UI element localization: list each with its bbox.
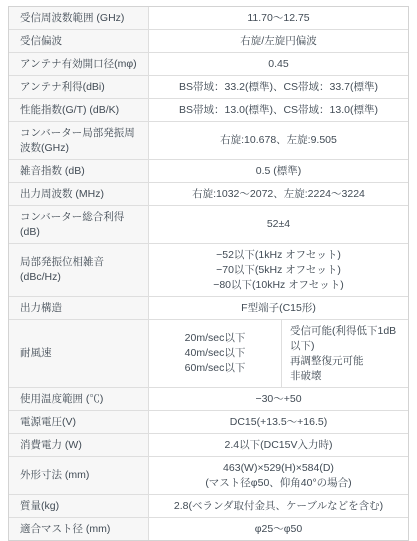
spec-label: 使用温度範囲 (℃) bbox=[9, 388, 149, 410]
spec-value: F型端子(C15形) bbox=[149, 297, 408, 319]
table-row: アンテナ有効開口径(mφ)0.45 bbox=[9, 53, 408, 76]
table-row: 雑音指数 (dB)0.5 (標準) bbox=[9, 160, 408, 183]
table-row: コンバーター総合利得(dB)52±4 bbox=[9, 206, 408, 244]
spec-value: 右旋:1032～2072、左旋:2224～3224 bbox=[149, 183, 408, 205]
spec-value: 2.8(ベランダ取付金具、ケーブルなどを含む) bbox=[149, 495, 408, 517]
spec-label: 質量(kg) bbox=[9, 495, 149, 517]
spec-value-line: (マスト径φ50、仰角40°の場合) bbox=[205, 476, 351, 491]
spec-value-line: 受信可能(利得低下1dB以下) bbox=[290, 324, 403, 354]
spec-label: 性能指数(G/T) (dB/K) bbox=[9, 99, 149, 121]
spec-value: −52以下(1kHz オフセット)−70以下(5kHz オフセット)−80以下(… bbox=[149, 244, 408, 296]
spec-value-line: 再調整復元可能 bbox=[290, 354, 364, 369]
spec-value: BS帯域：33.2(標準)、CS帯域：33.7(標準) bbox=[149, 76, 408, 98]
table-row: 出力構造F型端子(C15形) bbox=[9, 297, 408, 320]
spec-value: 2.4以下(DC15V入力時) bbox=[149, 434, 408, 456]
spec-value: 右旋:10.678、左旋:9.505 bbox=[149, 122, 408, 159]
spec-label: コンバーター局部発振周波数(GHz) bbox=[9, 122, 149, 159]
spec-value-line: 463(W)×529(H)×584(D) bbox=[223, 461, 334, 476]
table-row: 局部発振位相雑音(dBc/Hz)−52以下(1kHz オフセット)−70以下(5… bbox=[9, 244, 408, 297]
spec-value: 463(W)×529(H)×584(D)(マスト径φ50、仰角40°の場合) bbox=[149, 457, 408, 494]
spec-label: 電源電圧(V) bbox=[9, 411, 149, 433]
spec-label: 適合マスト径 (mm) bbox=[9, 518, 149, 540]
spec-table: 受信周波数範囲 (GHz)11.70～12.75受信偏波右旋/左旋円偏波アンテナ… bbox=[8, 6, 409, 541]
table-row: 電源電圧(V)DC15(+13.5～+16.5) bbox=[9, 411, 408, 434]
table-row: アンテナ利得(dBi)BS帯域：33.2(標準)、CS帯域：33.7(標準) bbox=[9, 76, 408, 99]
table-row: 適合マスト径 (mm)φ25～φ50 bbox=[9, 518, 408, 540]
spec-value: 52±4 bbox=[149, 206, 408, 243]
spec-label: アンテナ利得(dBi) bbox=[9, 76, 149, 98]
spec-value: 0.5 (標準) bbox=[149, 160, 408, 182]
spec-value-line: −70以下(5kHz オフセット) bbox=[216, 263, 341, 278]
spec-value-line: 20m/sec以下 bbox=[185, 331, 246, 346]
table-row: 性能指数(G/T) (dB/K)BS帯域：13.0(標準)、CS帯域：13.0(… bbox=[9, 99, 408, 122]
spec-value-condition: 20m/sec以下40m/sec以下60m/sec以下 bbox=[149, 320, 282, 387]
table-row: 外形寸法 (mm)463(W)×529(H)×584(D)(マスト径φ50、仰角… bbox=[9, 457, 408, 495]
spec-label: 消費電力 (W) bbox=[9, 434, 149, 456]
table-row: 消費電力 (W)2.4以下(DC15V入力時) bbox=[9, 434, 408, 457]
spec-value: BS帯域：13.0(標準)、CS帯域：13.0(標準) bbox=[149, 99, 408, 121]
spec-value: φ25～φ50 bbox=[149, 518, 408, 540]
spec-value-line: −52以下(1kHz オフセット) bbox=[216, 248, 341, 263]
spec-label: 局部発振位相雑音(dBc/Hz) bbox=[9, 244, 149, 296]
spec-label: 出力構造 bbox=[9, 297, 149, 319]
spec-label: 出力周波数 (MHz) bbox=[9, 183, 149, 205]
spec-label: 耐風速 bbox=[9, 320, 149, 387]
table-row: 質量(kg)2.8(ベランダ取付金具、ケーブルなどを含む) bbox=[9, 495, 408, 518]
table-row: 出力周波数 (MHz)右旋:1032～2072、左旋:2224～3224 bbox=[9, 183, 408, 206]
spec-label: 受信偏波 bbox=[9, 30, 149, 52]
spec-value-result: 受信可能(利得低下1dB以下)再調整復元可能非破壊 bbox=[282, 320, 408, 387]
spec-value-line: −80以下(10kHz オフセット) bbox=[213, 278, 344, 293]
spec-label: アンテナ有効開口径(mφ) bbox=[9, 53, 149, 75]
table-row: コンバーター局部発振周波数(GHz)右旋:10.678、左旋:9.505 bbox=[9, 122, 408, 160]
spec-value: 右旋/左旋円偏波 bbox=[149, 30, 408, 52]
spec-value: −30～+50 bbox=[149, 388, 408, 410]
spec-label: 受信周波数範囲 (GHz) bbox=[9, 7, 149, 29]
table-row: 受信周波数範囲 (GHz)11.70～12.75 bbox=[9, 7, 408, 30]
spec-value: 0.45 bbox=[149, 53, 408, 75]
spec-value-line: 40m/sec以下 bbox=[185, 346, 246, 361]
table-row: 使用温度範囲 (℃)−30～+50 bbox=[9, 388, 408, 411]
spec-value-line: 非破壊 bbox=[290, 369, 322, 384]
spec-label: 外形寸法 (mm) bbox=[9, 457, 149, 494]
table-row: 耐風速20m/sec以下40m/sec以下60m/sec以下受信可能(利得低下1… bbox=[9, 320, 408, 388]
spec-value: 11.70～12.75 bbox=[149, 7, 408, 29]
spec-value-line: 60m/sec以下 bbox=[185, 361, 246, 376]
spec-label: コンバーター総合利得(dB) bbox=[9, 206, 149, 243]
spec-label: 雑音指数 (dB) bbox=[9, 160, 149, 182]
spec-value: DC15(+13.5～+16.5) bbox=[149, 411, 408, 433]
table-row: 受信偏波右旋/左旋円偏波 bbox=[9, 30, 408, 53]
